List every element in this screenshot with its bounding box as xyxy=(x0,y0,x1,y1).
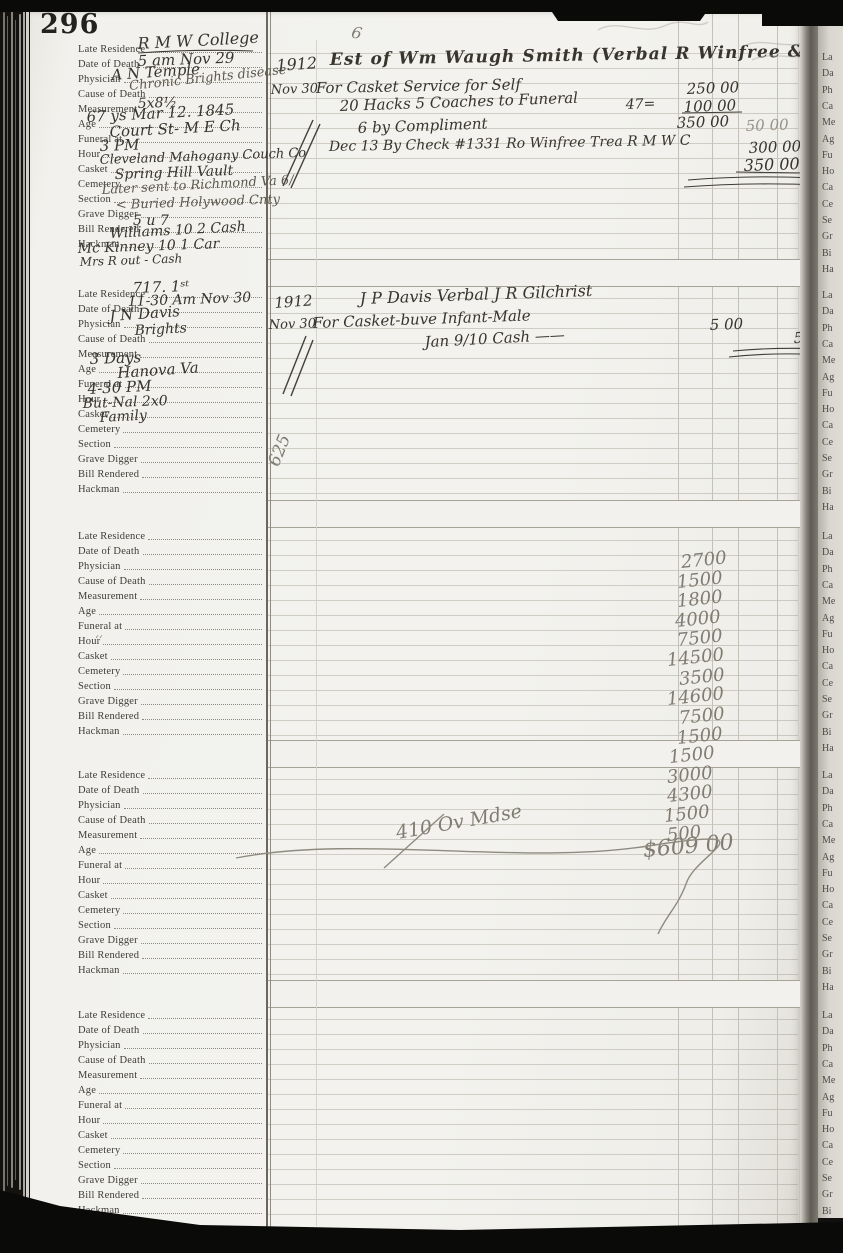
form-label: Measurement xyxy=(78,830,137,841)
facing-page-label-fragment: Ag xyxy=(822,1092,843,1103)
form-field-line xyxy=(142,1198,262,1199)
handwriting-records-0-hackman_3: Mrs R out - Cash xyxy=(80,252,183,268)
form-row-casket: Casket xyxy=(78,647,264,662)
form-label: Hackman xyxy=(78,965,120,976)
facing-page-label-fragment: La xyxy=(822,531,843,542)
form-label: Late Residence xyxy=(78,44,145,55)
form-field-line xyxy=(142,477,262,478)
facing-page-label-fragment: Gr xyxy=(822,231,843,242)
form-field-line xyxy=(149,823,262,824)
facing-page-label-fragment: Ca xyxy=(822,661,843,672)
facing-page-label-fragment: Bi xyxy=(822,486,843,497)
facing-page-label-fragment: Ho xyxy=(822,645,843,656)
form-field-line xyxy=(142,719,262,720)
form-label: Physician xyxy=(78,561,121,572)
form-row-section: Section xyxy=(78,435,264,450)
form-label: Cause of Death xyxy=(78,576,146,587)
form-field-line xyxy=(125,868,262,869)
form-field-line xyxy=(103,644,262,645)
facing-page-label-fragment: Gr xyxy=(822,1189,843,1200)
form-label: Measurement xyxy=(78,1070,137,1081)
page-edge-streak xyxy=(7,16,8,1186)
page-number: 296 xyxy=(40,9,99,40)
handwriting-records-0-ledger-rows-2-col1: 350 00 xyxy=(676,114,729,131)
page-edge-streak xyxy=(11,10,13,1188)
form-row-measurement: Measurement xyxy=(78,826,264,841)
ledger-lines-block-4 xyxy=(268,766,798,978)
form-row-cemetery: Cemetery xyxy=(78,1141,264,1156)
form-row-date-of-death: Date of Death xyxy=(78,542,264,557)
form-field-line xyxy=(99,1093,262,1094)
form-label: Section xyxy=(78,439,111,450)
facing-page-edge: LaDaPhCaMeAgFuHoCaCeSeGrBiHaLaDaPhCaMeAg… xyxy=(818,24,843,1218)
form-field-line xyxy=(141,704,262,705)
facing-page-label-fragment: Da xyxy=(822,547,843,558)
form-row-cemetery: Cemetery xyxy=(78,662,264,677)
form-row-late-residence: Late Residence xyxy=(78,766,264,781)
form-row-bill-rendered: Bill Rendered xyxy=(78,1186,264,1201)
form-field-line xyxy=(148,1018,262,1019)
form-field-line xyxy=(99,614,262,615)
form-label: Age xyxy=(78,845,96,856)
facing-page-label-fragment: Se xyxy=(822,453,843,464)
form-row-measurement: Measurement xyxy=(78,1066,264,1081)
form-label: Hour xyxy=(78,1115,100,1126)
money-rule-right xyxy=(798,14,799,1226)
form-label: Casket xyxy=(78,890,108,901)
form-row-age: Age xyxy=(78,602,264,617)
form-row-casket: Casket xyxy=(78,886,264,901)
facing-page-label-fragment: Bi xyxy=(822,248,843,259)
facing-page-label-fragment: Bi xyxy=(822,966,843,977)
facing-page-label-fragment: Ca xyxy=(822,900,843,911)
form-label: Casket xyxy=(78,1130,108,1141)
handwriting-records-0-ledger-rows-0-col1: 250 00 xyxy=(686,80,739,97)
facing-page-label-fragment: Me xyxy=(822,1075,843,1086)
form-row-funeral-at: Funeral at xyxy=(78,856,264,871)
form-label: Date of Death xyxy=(78,546,140,557)
form-row-physician: Physician xyxy=(78,1036,264,1051)
form-row-bill-rendered: Bill Rendered xyxy=(78,465,264,480)
form-field-line xyxy=(149,342,262,343)
form-row-hour: Hour xyxy=(78,1111,264,1126)
form-field-line xyxy=(148,539,262,540)
form-row-age: Age xyxy=(78,1081,264,1096)
form-field-line xyxy=(114,689,262,690)
facing-page-label-fragment: Da xyxy=(822,306,843,317)
facing-page-label-fragment: Ph xyxy=(822,564,843,575)
facing-page-label-fragment: La xyxy=(822,1010,843,1021)
facing-page-label-fragment: Da xyxy=(822,68,843,79)
form-row-cemetery: Cemetery xyxy=(78,901,264,916)
form-row-late-residence: Late Residence xyxy=(78,1006,264,1021)
page-edge-streak xyxy=(19,14,21,1190)
form-field-line xyxy=(124,1048,262,1049)
form-label: Cemetery xyxy=(78,666,120,677)
block-separator-4 xyxy=(268,980,800,1008)
facing-page-label-fragment: Fu xyxy=(822,150,843,161)
facing-page-label-fragment: Ca xyxy=(822,182,843,193)
book-spine xyxy=(0,0,30,1253)
facing-page-label-fragment: La xyxy=(822,770,843,781)
facing-page-label-fragment: Gr xyxy=(822,469,843,480)
form-label: Late Residence xyxy=(78,770,145,781)
ledger-lines-block-5 xyxy=(268,1006,798,1218)
facing-page-label-fragment: Ce xyxy=(822,199,843,210)
form-label: Bill Rendered xyxy=(78,469,139,480)
form-field-line xyxy=(123,734,262,735)
block-separator-2 xyxy=(268,500,800,528)
handwriting-records-1-ledger-rows-0-col1: 5 00 xyxy=(709,317,743,333)
form-field-line xyxy=(103,883,262,884)
page-edge-streak xyxy=(15,20,16,1180)
form-field-line xyxy=(125,629,262,630)
form-field-line xyxy=(142,958,262,959)
handwriting-records-0-ledger-rows-2-text: 6 by Compliment xyxy=(357,116,487,136)
form-field-line xyxy=(141,1183,262,1184)
form-field-line xyxy=(114,1168,262,1169)
form-label: Section xyxy=(78,1160,111,1171)
form-field-line xyxy=(148,778,262,779)
form-row-grave-digger: Grave Digger xyxy=(78,1171,264,1186)
form-field-line xyxy=(123,973,262,974)
form-label: Funeral at xyxy=(78,860,122,871)
facing-page-label-fragment: Da xyxy=(822,786,843,797)
form-row-cause-of-death: Cause of Death xyxy=(78,572,264,587)
facing-page-label-fragment: Ce xyxy=(822,678,843,689)
facing-page-label-fragment: Ca xyxy=(822,101,843,112)
facing-page-label-fragment: Ho xyxy=(822,166,843,177)
form-label: Late Residence xyxy=(78,1010,145,1021)
money-rule-3 xyxy=(738,14,739,1226)
form-row-section: Section xyxy=(78,677,264,692)
form-field-line xyxy=(140,357,262,358)
form-label: Cause of Death xyxy=(78,815,146,826)
facing-page-label-fragment: Ho xyxy=(822,1124,843,1135)
form-label: Bill Rendered xyxy=(78,711,139,722)
facing-page-label-fragment: Ha xyxy=(822,982,843,993)
form-row-bill-rendered: Bill Rendered xyxy=(78,946,264,961)
form-field-line xyxy=(114,447,262,448)
form-row-hackman: Hackman xyxy=(78,961,264,976)
handwriting-records-1-cause_of_death: Brights xyxy=(134,321,187,338)
facing-page-label-fragment: Ph xyxy=(822,323,843,334)
facing-page-label-fragment: Ce xyxy=(822,1157,843,1168)
handwriting-records-0-ledger-rows-4-col2: 350 00 xyxy=(743,156,800,174)
handwriting-records-0-ledger-rows-2-col2: 50 00 xyxy=(745,118,788,134)
facing-page-label-fragment: Ag xyxy=(822,613,843,624)
form-label: Funeral at xyxy=(78,1100,122,1111)
form-field-line xyxy=(140,838,262,839)
form-field-line xyxy=(123,432,262,433)
form-field-line xyxy=(111,898,262,899)
facing-page-label-fragment: Se xyxy=(822,215,843,226)
facing-page-label-fragment: Ca xyxy=(822,339,843,350)
form-row-late-residence: Late Residence xyxy=(78,527,264,542)
form-field-line xyxy=(149,1063,262,1064)
facing-page-label-fragment: Ag xyxy=(822,134,843,145)
facing-page-label-fragment: Ca xyxy=(822,1140,843,1151)
form-field-line xyxy=(123,913,262,914)
form-row-grave-digger: Grave Digger xyxy=(78,692,264,707)
form-label: Hour xyxy=(78,149,100,160)
handwriting-records-1-cemetery: Family xyxy=(99,409,147,425)
record-block-4: Late ResidenceDate of DeathPhysicianCaus… xyxy=(78,766,264,976)
date-column-rule xyxy=(316,40,317,1226)
form-label: Bill Rendered xyxy=(78,950,139,961)
form-label: Grave Digger xyxy=(78,935,138,946)
form-label: Casket xyxy=(78,651,108,662)
form-label: Grave Digger xyxy=(78,454,138,465)
form-row-section: Section xyxy=(78,1156,264,1171)
form-row-section: Section xyxy=(78,916,264,931)
facing-page-label-fragment: Bi xyxy=(822,727,843,738)
form-label: Date of Death xyxy=(78,1025,140,1036)
facing-page-label-fragment: Ha xyxy=(822,743,843,754)
form-row-bill-rendered: Bill Rendered xyxy=(78,707,264,722)
form-row-date-of-death: Date of Death xyxy=(78,1021,264,1036)
form-row-date-of-death: Date of Death xyxy=(78,781,264,796)
form-field-line xyxy=(123,674,262,675)
form-field-line xyxy=(143,554,263,555)
form-row-age: Age xyxy=(78,841,264,856)
facing-page-label-fragment: Fu xyxy=(822,388,843,399)
record-block-5: Late ResidenceDate of DeathPhysicianCaus… xyxy=(78,1006,264,1216)
form-row-hour: Hour xyxy=(78,632,264,647)
facing-page-label-fragment: Fu xyxy=(822,868,843,879)
facing-page-label-fragment: Ho xyxy=(822,884,843,895)
form-row-hackman: Hackman xyxy=(78,722,264,737)
money-rule-4 xyxy=(777,14,778,1226)
form-field-line xyxy=(140,599,262,600)
form-field-line xyxy=(123,1213,262,1214)
facing-page-label-fragment: Ha xyxy=(822,502,843,513)
form-label: Grave Digger xyxy=(78,1175,138,1186)
facing-page-label-fragment: Ce xyxy=(822,437,843,448)
form-field-line xyxy=(141,462,262,463)
form-label: Section xyxy=(78,920,111,931)
form-row-hackman: Hackman xyxy=(78,480,264,495)
form-row-funeral-at: Funeral at xyxy=(78,617,264,632)
handwriting-pencil-ditto: ‘‘ xyxy=(95,634,103,646)
facing-page-label-fragment: Gr xyxy=(822,710,843,721)
facing-page-label-fragment: Ho xyxy=(822,404,843,415)
facing-page-label-fragment: La xyxy=(822,52,843,63)
form-field-line xyxy=(111,659,262,660)
form-label: Physician xyxy=(78,800,121,811)
book-gutter xyxy=(800,10,818,1228)
handwriting-records-0-ledger-year: 1912 xyxy=(276,55,318,74)
handwriting-records-1-ledger-rows-0-date: Nov 30 xyxy=(269,317,317,332)
form-field-line xyxy=(140,1078,262,1079)
form-label: Funeral at xyxy=(78,621,122,632)
form-field-line xyxy=(149,584,262,585)
handwriting-records-0-ledger-rows-0-date: Nov 30 xyxy=(271,82,319,97)
form-label: Hackman xyxy=(78,484,120,495)
form-field-line xyxy=(125,1108,262,1109)
facing-page-label-fragment: Ph xyxy=(822,803,843,814)
form-label: Cause of Death xyxy=(78,1055,146,1066)
form-row-physician: Physician xyxy=(78,796,264,811)
facing-page-label-fragment: Ca xyxy=(822,420,843,431)
ledger-photo: Late ResidenceDate of DeathPhysicianCaus… xyxy=(0,0,843,1253)
form-row-grave-digger: Grave Digger xyxy=(78,450,264,465)
handwriting-records-0-ledger-rows-1-note: 47= xyxy=(626,97,656,112)
form-label: Physician xyxy=(78,1040,121,1051)
form-field-line xyxy=(111,1138,262,1139)
form-row-physician: Physician xyxy=(78,557,264,572)
facing-page-label-fragment: Ag xyxy=(822,852,843,863)
facing-page-label-fragment: Me xyxy=(822,596,843,607)
form-row-cause-of-death: Cause of Death xyxy=(78,811,264,826)
form-row-grave-digger: Grave Digger xyxy=(78,931,264,946)
form-row-funeral-at: Funeral at xyxy=(78,1096,264,1111)
form-label: Section xyxy=(78,681,111,692)
facing-page-label-fragment: Da xyxy=(822,1026,843,1037)
form-field-line xyxy=(141,943,262,944)
facing-page-label-fragment: Gr xyxy=(822,949,843,960)
facing-page-label-fragment: Ph xyxy=(822,85,843,96)
form-label: Late Residence xyxy=(78,531,145,542)
form-field-line xyxy=(123,492,262,493)
form-label: Measurement xyxy=(78,591,137,602)
form-label: Bill Rendered xyxy=(78,1190,139,1201)
facing-page-label-fragment: Fu xyxy=(822,1108,843,1119)
form-field-line xyxy=(114,928,262,929)
page-edge-streak xyxy=(23,10,25,1198)
facing-page-label-fragment: Ca xyxy=(822,580,843,591)
form-label: Hackman xyxy=(78,726,120,737)
form-row-casket: Casket xyxy=(78,1126,264,1141)
form-row-cause-of-death: Cause of Death xyxy=(78,1051,264,1066)
form-field-line xyxy=(99,853,262,854)
form-label: Date of Death xyxy=(78,785,140,796)
facing-page-label-fragment: Bi xyxy=(822,1206,843,1217)
form-label: Cemetery xyxy=(78,905,120,916)
handwriting-records-1-ledger-year: 1912 xyxy=(274,293,313,311)
facing-page-label-fragment: Ag xyxy=(822,372,843,383)
form-field-line xyxy=(143,793,263,794)
form-label: Age xyxy=(78,1085,96,1096)
facing-page-label-fragment: Ha xyxy=(822,264,843,275)
form-row-measurement: Measurement xyxy=(78,587,264,602)
form-label: Hour xyxy=(78,875,100,886)
facing-page-label-fragment: Ce xyxy=(822,917,843,928)
facing-page-label-fragment: Me xyxy=(822,117,843,128)
form-field-line xyxy=(103,1123,262,1124)
facing-page-label-fragment: Se xyxy=(822,1173,843,1184)
facing-page-label-fragment: Ph xyxy=(822,1043,843,1054)
form-field-line xyxy=(125,142,262,143)
facing-page-label-fragment: Me xyxy=(822,835,843,846)
form-field-line xyxy=(124,569,262,570)
facing-page-label-fragment: Ca xyxy=(822,1059,843,1070)
form-field-line xyxy=(124,808,262,809)
facing-page-label-fragment: La xyxy=(822,290,843,301)
facing-page-label-fragment: Se xyxy=(822,933,843,944)
form-label: Cemetery xyxy=(78,1145,120,1156)
form-field-line xyxy=(143,1033,263,1034)
form-label: Grave Digger xyxy=(78,696,138,707)
handwriting-pencil_tally-values-14: 500 xyxy=(666,824,702,845)
facing-page-label-fragment: Me xyxy=(822,355,843,366)
facing-page-label-fragment: Ca xyxy=(822,819,843,830)
form-field-line xyxy=(123,1153,262,1154)
record-block-3: Late ResidenceDate of DeathPhysicianCaus… xyxy=(78,527,264,737)
form-row-hour: Hour xyxy=(78,871,264,886)
page-edge-streak xyxy=(26,8,29,1208)
facing-page-label-fragment: Fu xyxy=(822,629,843,640)
page-edge-streak xyxy=(3,12,5,1192)
facing-page-label-fragment: Se xyxy=(822,694,843,705)
form-label: Age xyxy=(78,606,96,617)
